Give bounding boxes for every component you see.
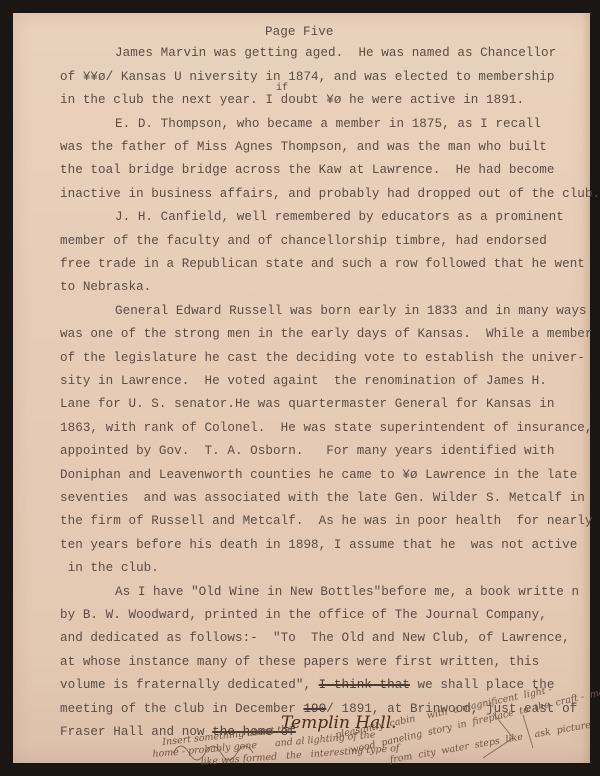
scribble-marks bbox=[13, 13, 590, 763]
document-page: Page Five James Marvin was getting aged.… bbox=[13, 13, 590, 763]
